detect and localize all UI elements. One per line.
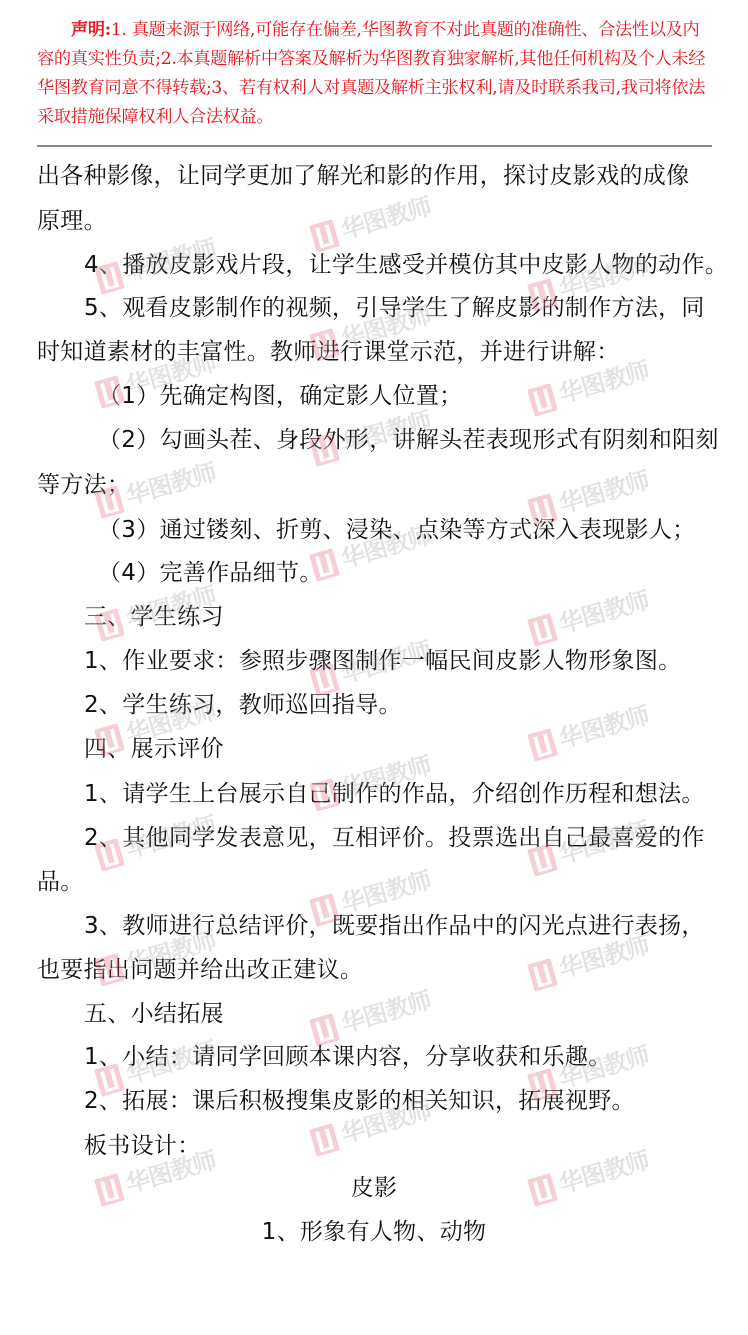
- text-line: 等方法；: [37, 470, 130, 500]
- watermark-logo-icon: [309, 219, 340, 253]
- text-line: 5、观看皮影制作的视频，引导学生了解皮影的制作方法，同: [84, 293, 705, 323]
- watermark: 华图教师: [524, 572, 671, 655]
- section-heading: 五、小结拓展: [84, 999, 224, 1029]
- watermark-logo-icon: [527, 728, 558, 762]
- section-heading: 三、学生练习: [84, 602, 224, 632]
- text-line: 品。: [37, 867, 84, 897]
- disclaimer-label: 声明:: [71, 20, 111, 40]
- header-divider: [37, 145, 712, 147]
- text-line: （2）勾画头茬、身段外形，讲解头茬表现形式有阴刻和阳刻: [98, 425, 719, 455]
- text-line: 1、小结：请同学回顾本课内容，分享收获和乐趣。: [84, 1042, 612, 1072]
- watermark: 华图教师: [524, 687, 671, 770]
- text-line: 2、其他同学发表意见，互相评价。投票选出自己最喜爱的作: [84, 823, 705, 853]
- disclaimer-notice: 声明:1. 真题来源于网络,可能存在偏差,华图教育不对此真题的准确性、合法性以及…: [37, 16, 713, 132]
- text-line: （3）通过镂刻、折剪、浸染、点染等方式深入表现影人；: [98, 515, 695, 545]
- board-title: 皮影: [0, 1173, 748, 1203]
- text-line: 时知道素材的丰富性。教师进行课堂示范，并进行讲解：: [37, 337, 620, 367]
- watermark-logo-icon: [527, 613, 558, 647]
- watermark-logo-icon: [309, 1123, 340, 1157]
- disclaimer-text: 1. 真题来源于网络,可能存在偏差,华图教育不对此真题的准确性、合法性以及内容的…: [37, 20, 705, 127]
- text-line: 出各种影像，让同学更加了解光和影的作用，探讨皮影戏的成像: [37, 161, 689, 191]
- watermark-logo-icon: [527, 383, 558, 417]
- text-line: （4）完善作品细节。: [98, 558, 323, 588]
- watermark-logo-icon: [527, 958, 558, 992]
- section-heading: 板书设计：: [84, 1131, 201, 1161]
- text-line: 1、作业要求：参照步骤图制作一幅民间皮影人物形象图。: [84, 646, 681, 676]
- text-line: 1、请学生上台展示自己制作的作品，介绍创作历程和想法。: [84, 779, 705, 809]
- text-line: 4、播放皮影戏片段，让学生感受并模仿其中皮影人物的动作。: [84, 250, 728, 280]
- board-item: 1、形象有人物、动物: [0, 1217, 748, 1247]
- text-line: 原理。: [37, 206, 107, 236]
- text-line: 也要指出问题并给出改正建议。: [37, 955, 363, 985]
- text-line: （1）先确定构图，确定影人位置；: [98, 381, 462, 411]
- text-line: 2、拓展：课后积极搜集皮影的相关知识，拓展视野。: [84, 1086, 635, 1116]
- section-heading: 四、展示评价: [84, 734, 224, 764]
- text-line: 2、学生练习，教师巡回指导。: [84, 690, 402, 720]
- text-line: 3、教师进行总结评价，既要指出作品中的闪光点进行表扬，: [84, 911, 705, 941]
